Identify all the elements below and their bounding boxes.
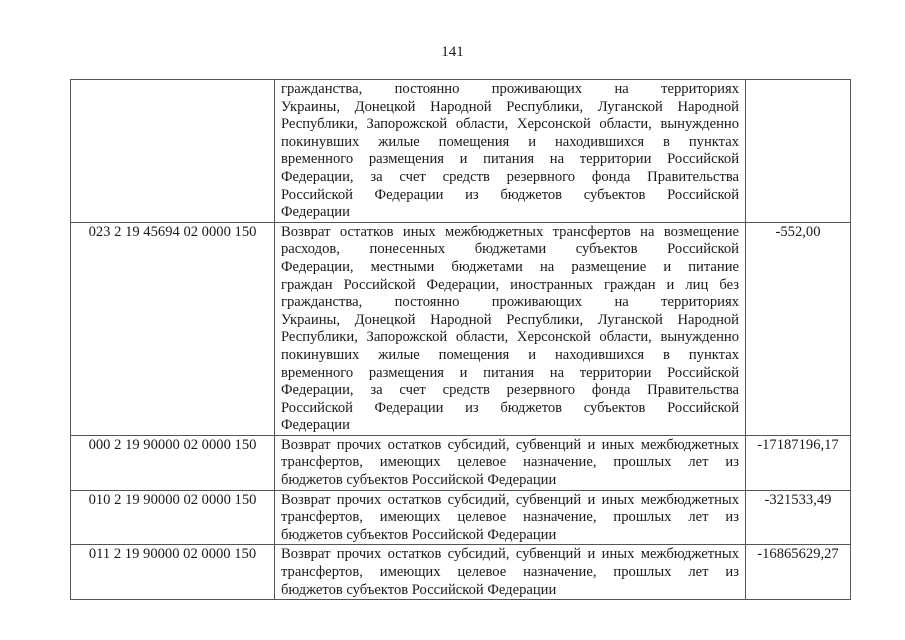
description-line: Возврат прочих остатков субсидий, субвен… <box>281 546 739 564</box>
budget-code-cell <box>71 80 275 223</box>
table-row: 000 2 19 90000 02 0000 150Возврат прочих… <box>71 435 851 490</box>
description-line: граждан Российской Федерации, иностранны… <box>281 277 739 295</box>
amount-cell: -552,00 <box>746 222 851 435</box>
table-row: 023 2 19 45694 02 0000 150Возврат остатк… <box>71 222 851 435</box>
description-line: Федерации <box>281 204 739 222</box>
description-line: Федерации, за счет средств резервного фо… <box>281 169 739 187</box>
description-line: Федерации <box>281 417 739 435</box>
description-line: трансфертов, имеющих целевое назначение,… <box>281 454 739 472</box>
description-line: бюджетов субъектов Российской Федерации <box>281 582 739 600</box>
description-line: трансфертов, имеющих целевое назначение,… <box>281 509 739 527</box>
budget-code-cell: 023 2 19 45694 02 0000 150 <box>71 222 275 435</box>
page-number: 141 <box>0 44 905 61</box>
description-cell: Возврат остатков иных межбюджетных транс… <box>275 222 746 435</box>
description-line: бюджетов субъектов Российской Федерации <box>281 472 739 490</box>
description-line: Республики, Запорожской области, Херсонс… <box>281 329 739 347</box>
description-cell: Возврат прочих остатков субсидий, субвен… <box>275 545 746 600</box>
description-line: Украины, Донецкой Народной Республики, Л… <box>281 99 739 117</box>
description-line: Украины, Донецкой Народной Республики, Л… <box>281 312 739 330</box>
description-line: покинувших жилые помещения и находившихс… <box>281 347 739 365</box>
description-line: Российской Федерации из бюджетов субъект… <box>281 187 739 205</box>
amount-cell: -16865629,27 <box>746 545 851 600</box>
description-line: расходов, понесенных бюджетами субъектов… <box>281 241 739 259</box>
budget-table-body: гражданства, постоянно проживающих на те… <box>71 80 851 600</box>
description-line: покинувших жилые помещения и находившихс… <box>281 134 739 152</box>
budget-table: гражданства, постоянно проживающих на те… <box>70 79 851 600</box>
description-line: гражданства, постоянно проживающих на те… <box>281 81 739 99</box>
description-line: гражданства, постоянно проживающих на те… <box>281 294 739 312</box>
description-line: Российской Федерации из бюджетов субъект… <box>281 400 739 418</box>
amount-cell <box>746 80 851 223</box>
description-line: временного размещения и питания на терри… <box>281 365 739 383</box>
amount-cell: -321533,49 <box>746 490 851 545</box>
description-cell: Возврат прочих остатков субсидий, субвен… <box>275 435 746 490</box>
description-line: Республики, Запорожской области, Херсонс… <box>281 116 739 134</box>
table-row: гражданства, постоянно проживающих на те… <box>71 80 851 223</box>
description-line: временного размещения и питания на терри… <box>281 151 739 169</box>
budget-code-cell: 010 2 19 90000 02 0000 150 <box>71 490 275 545</box>
description-line: Федерации, местными бюджетами на размеще… <box>281 259 739 277</box>
table-row: 011 2 19 90000 02 0000 150Возврат прочих… <box>71 545 851 600</box>
description-line: трансфертов, имеющих целевое назначение,… <box>281 564 739 582</box>
description-line: Возврат прочих остатков субсидий, субвен… <box>281 437 739 455</box>
description-cell: гражданства, постоянно проживающих на те… <box>275 80 746 223</box>
budget-code-cell: 011 2 19 90000 02 0000 150 <box>71 545 275 600</box>
description-line: Федерации, за счет средств резервного фо… <box>281 382 739 400</box>
description-line: Возврат прочих остатков субсидий, субвен… <box>281 492 739 510</box>
table-row: 010 2 19 90000 02 0000 150Возврат прочих… <box>71 490 851 545</box>
amount-cell: -17187196,17 <box>746 435 851 490</box>
budget-code-cell: 000 2 19 90000 02 0000 150 <box>71 435 275 490</box>
description-line: Возврат остатков иных межбюджетных транс… <box>281 224 739 242</box>
description-line: бюджетов субъектов Российской Федерации <box>281 527 739 545</box>
description-cell: Возврат прочих остатков субсидий, субвен… <box>275 490 746 545</box>
